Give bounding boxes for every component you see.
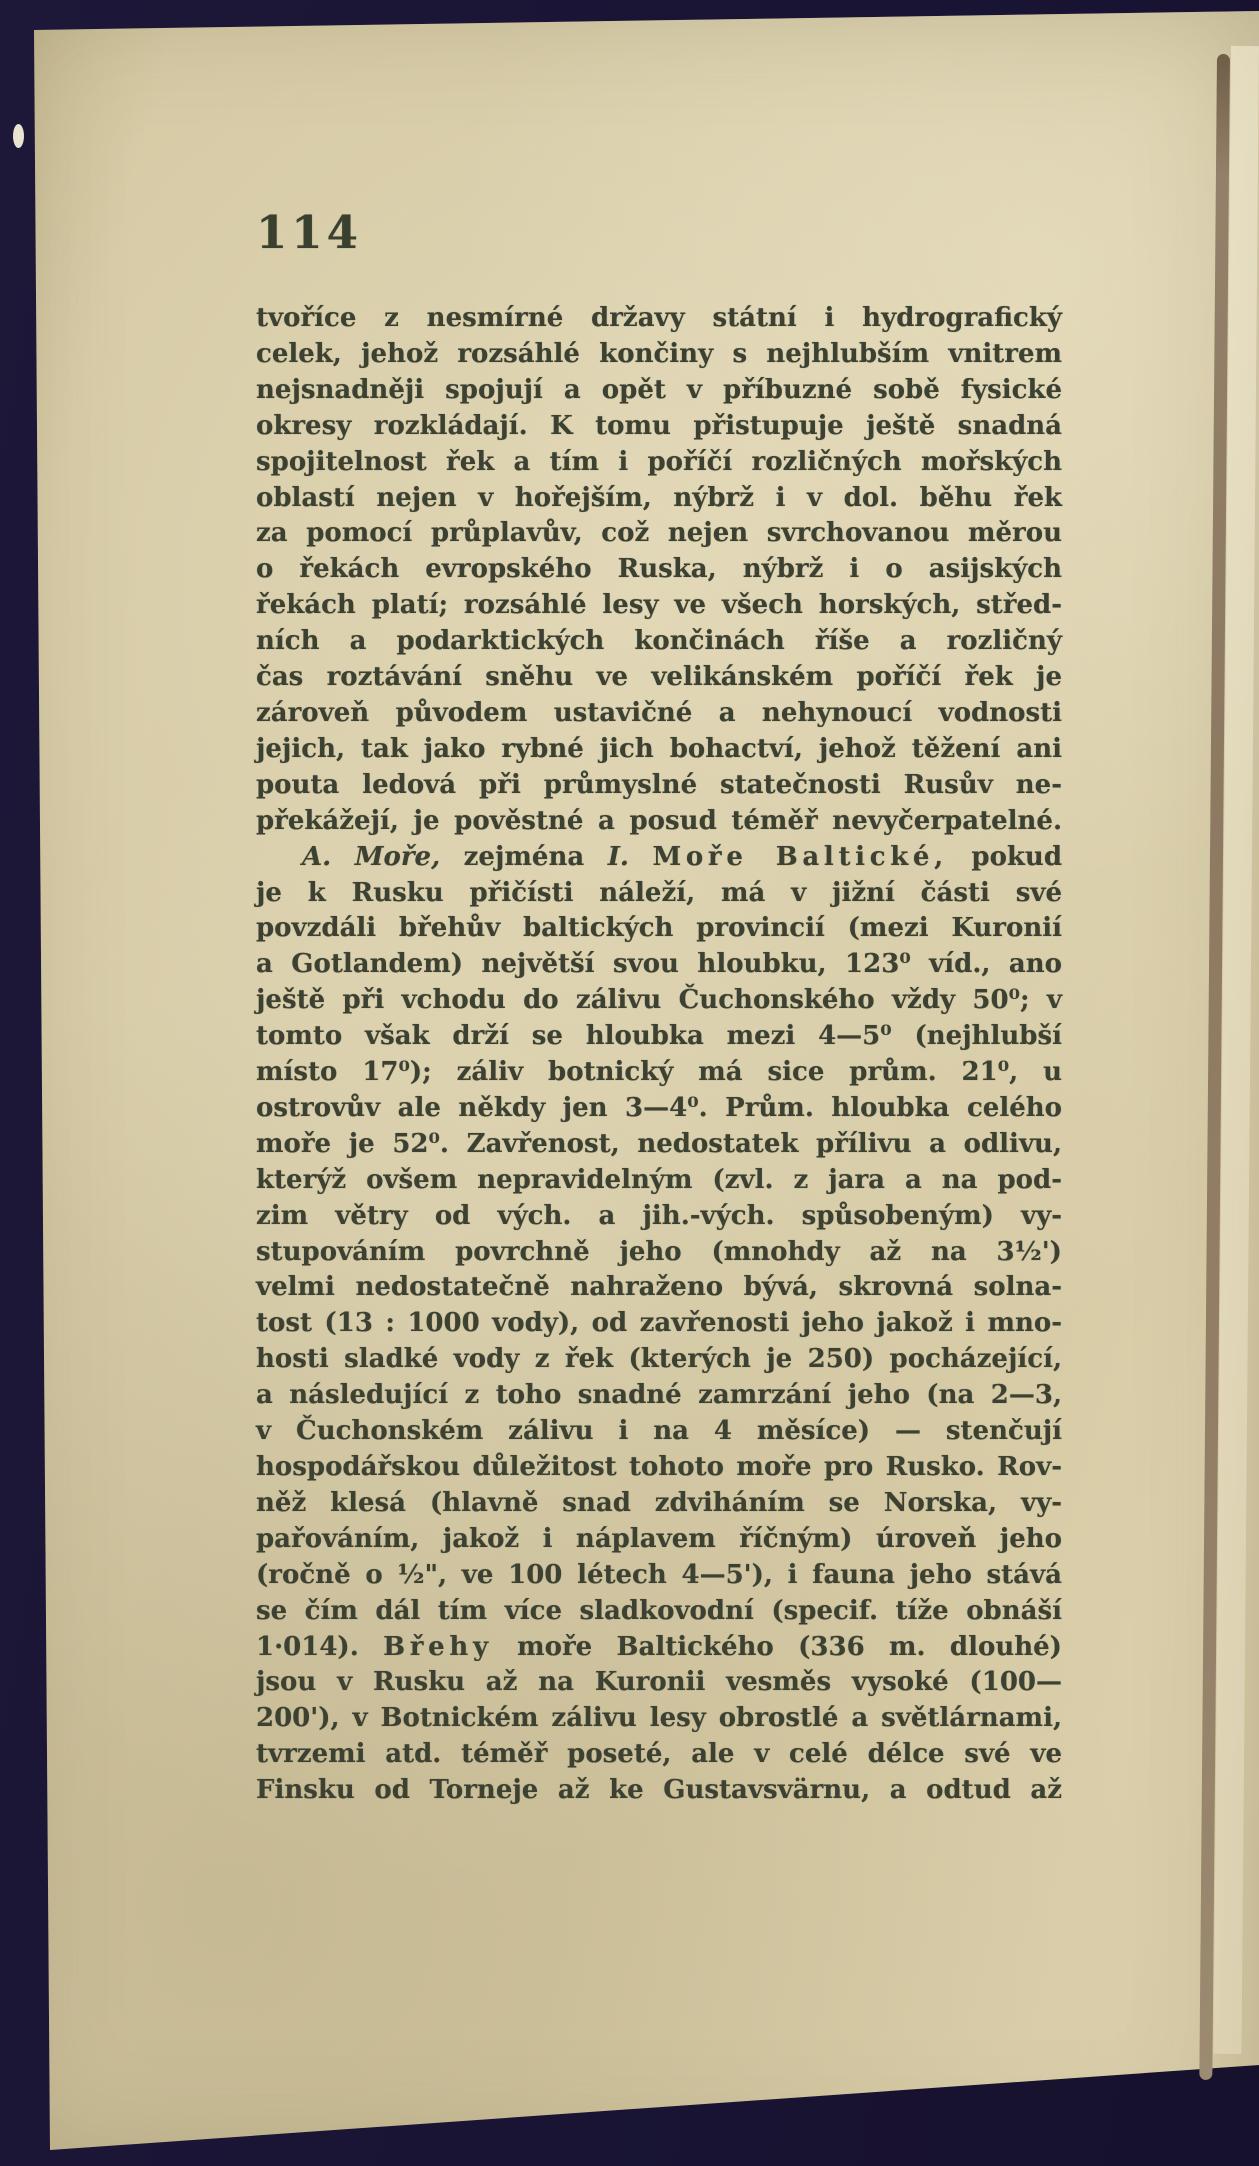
section-numeral-italic: I. <box>608 842 629 872</box>
text-line: celek, jehož rozsáhlé končiny s nejhlubš… <box>256 337 1062 373</box>
text-line: stupováním povrchně jeho (mnohdy až na 3… <box>256 1235 1062 1271</box>
page-number: 114 <box>256 210 362 255</box>
text-segment: pokud <box>971 842 1062 872</box>
text-segment: moře Baltického (336 m. dlouhé) <box>517 1632 1062 1662</box>
text-line: moře je 52⁰. Zavřenost, nedostatek příli… <box>256 1127 1062 1163</box>
text-line: Finsku od Torneje až ke Gustavsvärnu, a … <box>256 1773 1062 1809</box>
text-line: za pomocí průplavův, což nejen svrchovan… <box>256 516 1062 552</box>
text-line: je k Rusku přičísti náleží, má v jižní č… <box>256 876 1062 912</box>
text-line: ještě při vchodu do zálivu Čuchonského v… <box>256 983 1062 1019</box>
text-line: se čím dál tím více sladkovodní (specif.… <box>256 1594 1062 1630</box>
text-line: jsou v Rusku až na Kuronii vesměs vysoké… <box>256 1665 1062 1701</box>
text-line: tvrzemi atd. téměř poseté, ale v celé dé… <box>256 1737 1062 1773</box>
text-line: a následující z toho snadné zamrzání jeh… <box>256 1378 1062 1414</box>
coast-word-letterspaced: Břehy <box>383 1632 493 1662</box>
text-segment: zejména <box>464 842 585 872</box>
text-line: nejsnadněji spojují a opět v příbuzné so… <box>256 373 1062 409</box>
text-line: oblastí nejen v hořejším, nýbrž i v dol.… <box>256 481 1062 517</box>
text-line: o řekách evropského Ruska, nýbrž i o asi… <box>256 552 1062 588</box>
text-line: spojitelnost řek a tím i poříčí rozličný… <box>256 445 1062 481</box>
text-line: velmi nedostatečně nahraženo bývá, skrov… <box>256 1270 1062 1306</box>
text-line: tost (13 : 1000 vody), od zavřenosti jeh… <box>256 1306 1062 1342</box>
text-line: čas roztávání sněhu ve velikánském poříč… <box>256 660 1062 696</box>
text-line: zim větry od vých. a jih.-vých. spůsoben… <box>256 1199 1062 1235</box>
text-line: pouta ledová při průmyslné statečnosti R… <box>256 768 1062 804</box>
text-line: pařováním, jakož i náplavem říčným) úrov… <box>256 1522 1062 1558</box>
text-line: řekách platí; rozsáhlé lesy ve všech hor… <box>256 588 1062 624</box>
text-line: něž klesá (hlavně snad zdviháním se Nors… <box>256 1486 1062 1522</box>
text-line: kterýž ovšem nepravidelným (zvl. z jara … <box>256 1163 1062 1199</box>
body-text: tvoříce z nesmírné državy státní i hydro… <box>256 301 1062 1809</box>
text-line: tvoříce z nesmírné državy státní i hydro… <box>256 301 1062 337</box>
text-line: jejich, tak jako rybné jich bohactví, je… <box>256 732 1062 768</box>
text-line: ostrovův ale někdy jen 3—4⁰. Prům. hloub… <box>256 1091 1062 1127</box>
text-line: hosti sladké vody z řek (kterých je 250)… <box>256 1342 1062 1378</box>
text-line: zároveň původem ustavičné a nehynoucí vo… <box>256 696 1062 732</box>
text-line: 200'), v Botnickém zálivu lesy obrostlé … <box>256 1701 1062 1737</box>
sea-name-letterspaced: Moře Baltické, <box>652 842 947 872</box>
text-line: tomto však drží se hloubka mezi 4—5⁰ (ne… <box>256 1019 1062 1055</box>
text-line-with-emphasis: 1·014). Břehy moře Baltického (336 m. dl… <box>256 1630 1062 1666</box>
text-line: (ročně o ½", ve 100 létech 4—5'), i faun… <box>256 1558 1062 1594</box>
text-line: v Čuchonském zálivu i na 4 měsíce) — ste… <box>256 1414 1062 1450</box>
text-segment: 1·014). <box>256 1632 359 1662</box>
scanned-book-page: 114 tvoříce z nesmírné državy státní i h… <box>0 0 1259 2166</box>
paper-edge-notch <box>13 124 24 148</box>
text-line: okresy rozkládají. K tomu přistupuje ješ… <box>256 409 1062 445</box>
text-line: překážejí, je pověstné a posud téměř nev… <box>256 804 1062 840</box>
text-line: ních a podarktických končinách říše a ro… <box>256 624 1062 660</box>
section-label-italic: A. Moře, <box>302 842 440 872</box>
text-line: povzdáli břehův baltických provincií (me… <box>256 911 1062 947</box>
text-line: hospodářskou důležitost tohoto moře pro … <box>256 1450 1062 1486</box>
book-page-paper: 114 tvoříce z nesmírné državy státní i h… <box>0 0 1259 2166</box>
text-line: a Gotlandem) největší svou hloubku, 123⁰… <box>256 947 1062 983</box>
text-line: místo 17⁰); záliv botnický má sice prům.… <box>256 1055 1062 1091</box>
text-line-section-heading: A. Moře, zejména I. Moře Baltické, pokud <box>256 840 1062 876</box>
